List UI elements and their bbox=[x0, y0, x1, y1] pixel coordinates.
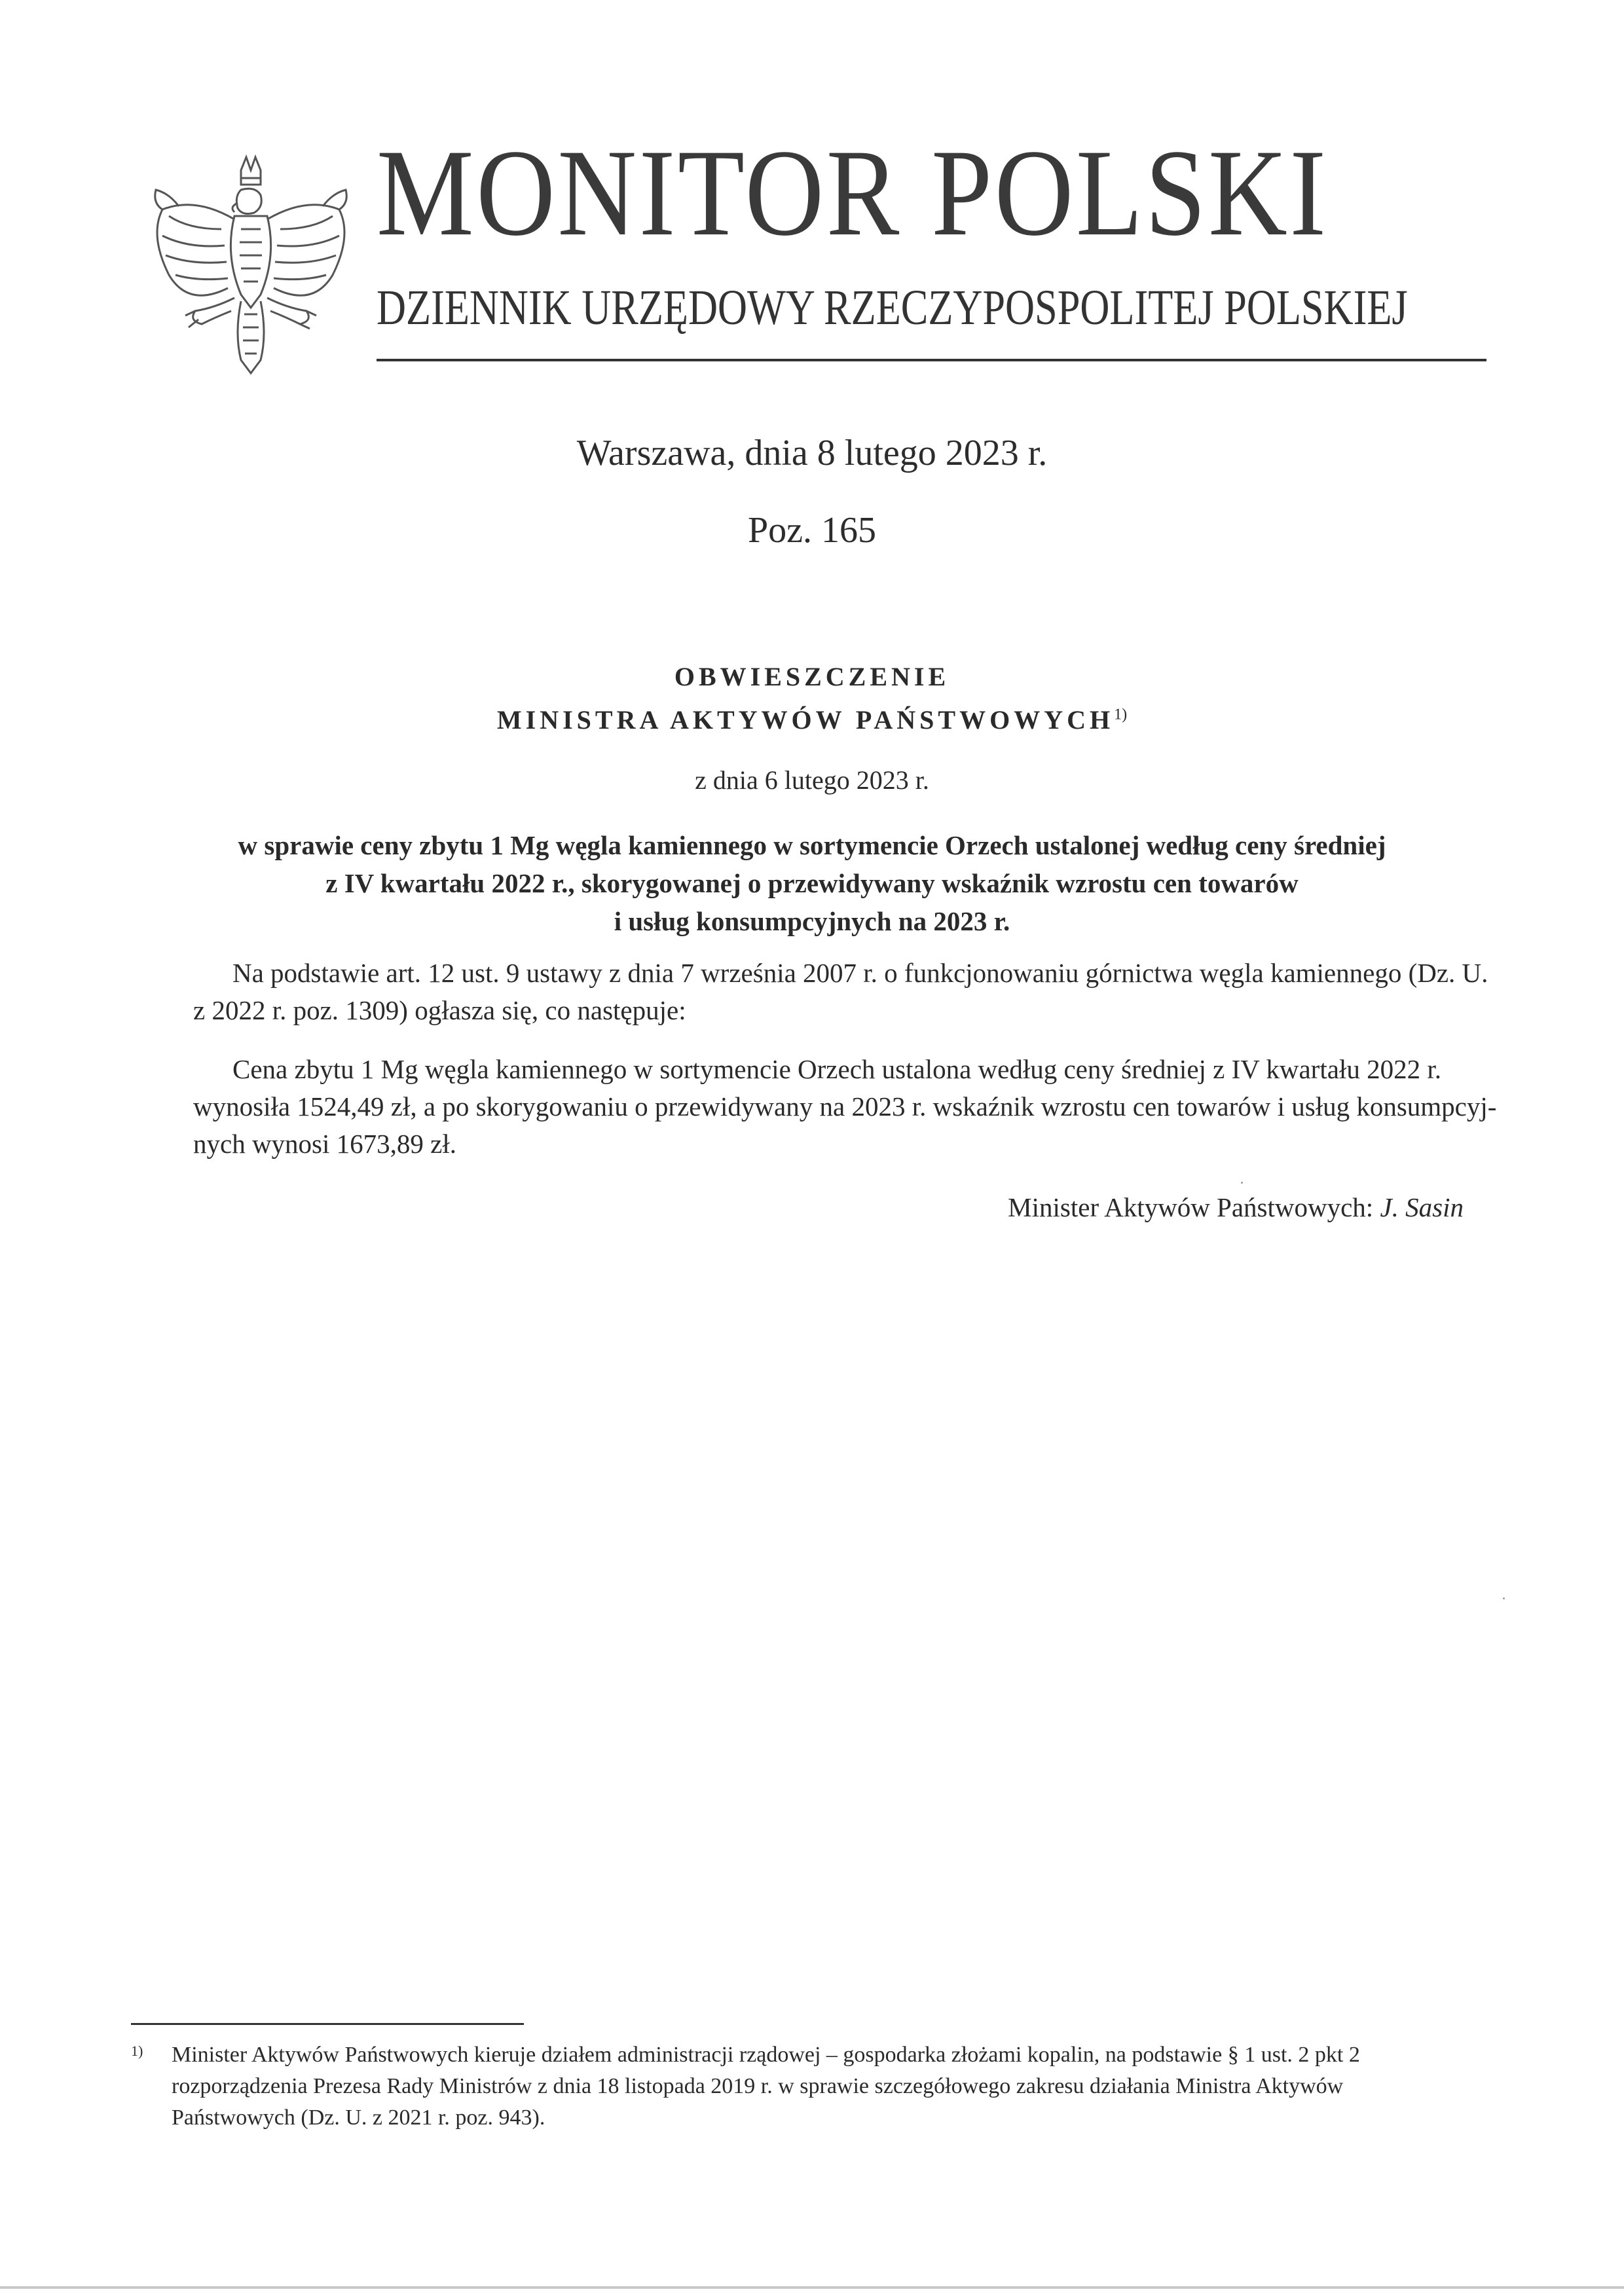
footnote-line: rozporządzenia Prezesa Rady Ministrów z … bbox=[172, 2071, 1464, 2102]
legal-basis-paragraph: Na podstawie art. 12 ust. 9 ustawy z dni… bbox=[193, 955, 1464, 1029]
publication-place-date: Warszawa, dnia 8 lutego 2023 r. bbox=[0, 432, 1624, 474]
scan-speck bbox=[1241, 1182, 1243, 1184]
footnote-line: Minister Aktywów Państwowych kieruje dzi… bbox=[172, 2039, 1464, 2071]
masthead-divider bbox=[377, 359, 1486, 361]
document-page: MONITOR POLSKI DZIENNIK URZĘDOWY RZECZYP… bbox=[0, 0, 1624, 2296]
signatory-title: Minister Aktywów Państwowych: bbox=[1008, 1192, 1373, 1222]
paragraph-line: Na podstawie art. 12 ust. 9 ustawy z dni… bbox=[193, 955, 1464, 992]
footnote: 1) Minister Aktywów Państwowych kieruje … bbox=[131, 2039, 1464, 2134]
scan-speck bbox=[1503, 1597, 1505, 1599]
act-subject: w sprawie ceny zbytu 1 Mg węgla kamienne… bbox=[0, 826, 1624, 940]
paragraph-line: nych wynosi 1673,89 zł. bbox=[193, 1125, 1464, 1163]
act-date: z dnia 6 lutego 2023 r. bbox=[0, 765, 1624, 795]
footnote-divider bbox=[131, 2023, 524, 2025]
footnote-line: Państwowych (Dz. U. z 2021 r. poz. 943). bbox=[172, 2102, 1464, 2134]
subject-line: z IV kwartału 2022 r., skorygowanej o pr… bbox=[0, 864, 1624, 902]
paragraph-line: z 2022 r. poz. 1309) ogłasza się, co nas… bbox=[193, 992, 1464, 1029]
subject-line: w sprawie ceny zbytu 1 Mg węgla kamienne… bbox=[0, 826, 1624, 864]
price-paragraph: Cena zbytu 1 Mg węgla kamiennego w sorty… bbox=[193, 1051, 1464, 1163]
act-issuer: MINISTRA AKTYWÓW PAŃSTWOWYCH1) bbox=[0, 704, 1624, 735]
masthead-title: MONITOR POLSKI bbox=[377, 131, 1356, 255]
position-number: Poz. 165 bbox=[0, 509, 1624, 551]
footnote-marker: 1) bbox=[131, 2035, 143, 2067]
signature-block: Minister Aktywów Państwowych: J. Sasin bbox=[720, 1192, 1464, 1223]
signatory-name: J. Sasin bbox=[1380, 1192, 1464, 1222]
paragraph-text: Na podstawie art. 12 ust. 9 ustawy z dni… bbox=[232, 958, 1488, 988]
footnote-reference[interactable]: 1) bbox=[1114, 706, 1127, 723]
paragraph-line: wynosiła 1524,49 zł, a po skorygowaniu o… bbox=[193, 1088, 1464, 1125]
subject-line: i usług konsumpcyjnych na 2023 r. bbox=[0, 902, 1624, 940]
act-issuer-text: MINISTRA AKTYWÓW PAŃSTWOWYCH bbox=[497, 705, 1114, 735]
polish-eagle-emblem-icon bbox=[143, 144, 359, 380]
footnote-text: Minister Aktywów Państwowych kieruje dzi… bbox=[172, 2039, 1464, 2134]
page-bottom-edge bbox=[0, 2286, 1624, 2289]
masthead-subtitle: DZIENNIK URZĘDOWY RZECZYPOSPOLITEJ POLSK… bbox=[377, 283, 1408, 333]
act-type: OBWIESZCZENIE bbox=[0, 661, 1624, 692]
paragraph-line: Cena zbytu 1 Mg węgla kamiennego w sorty… bbox=[193, 1051, 1464, 1088]
